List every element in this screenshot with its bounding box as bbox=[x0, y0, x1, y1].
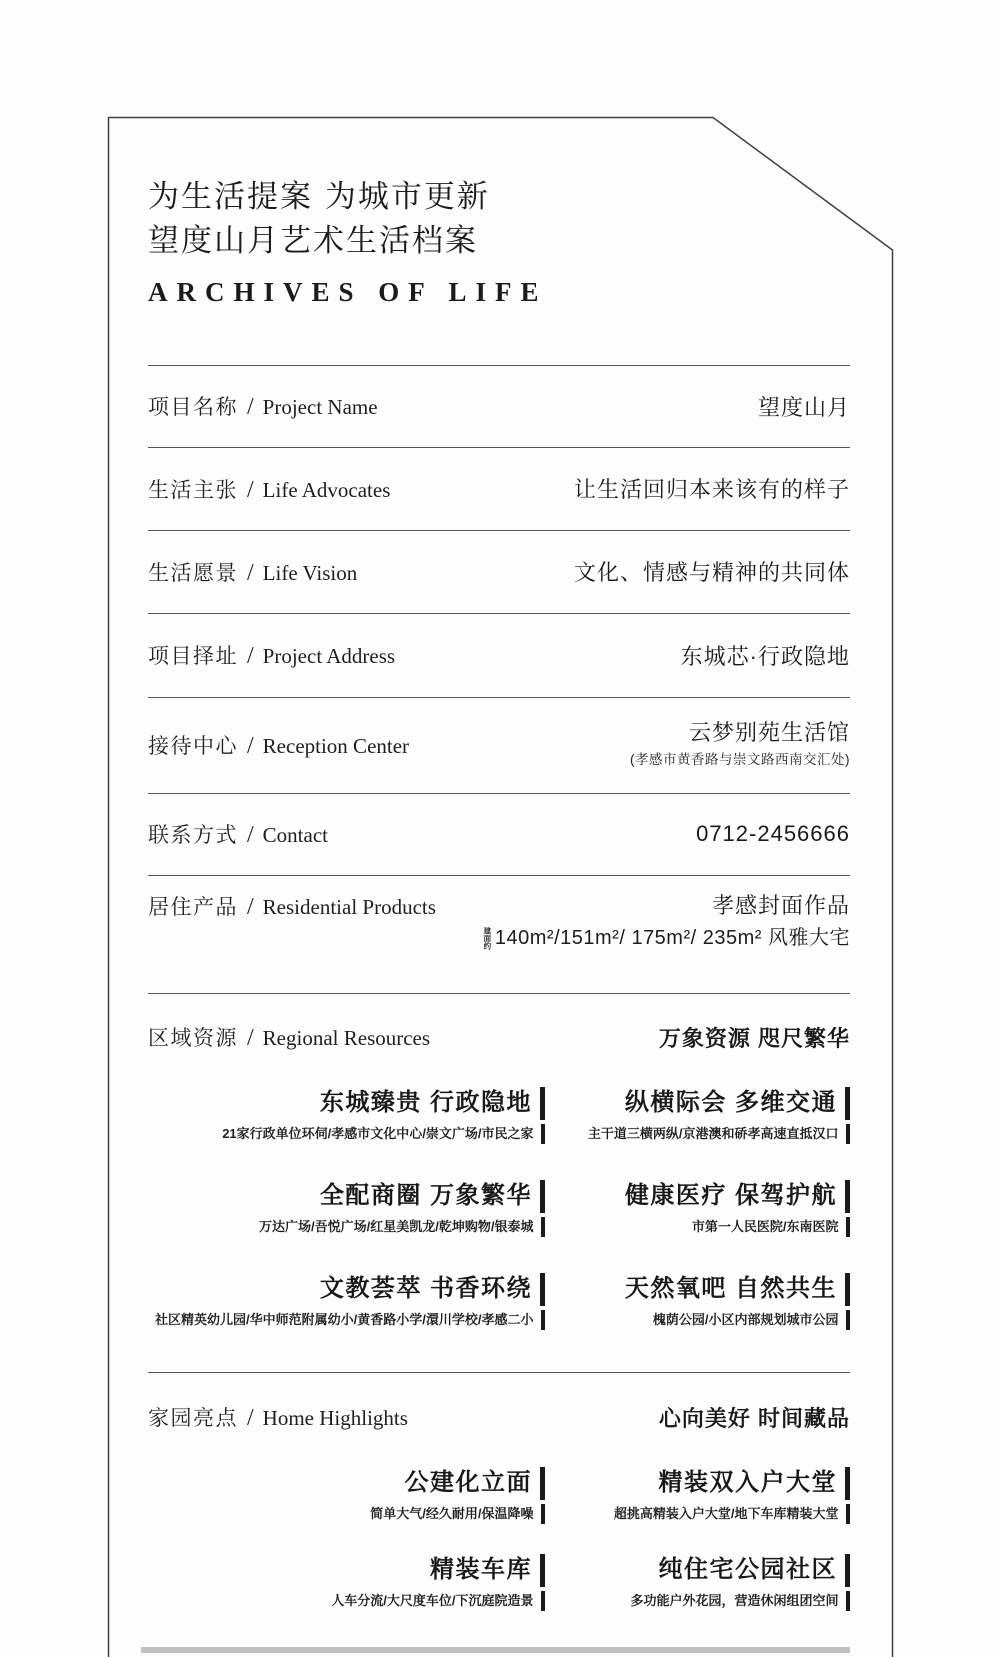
row-value: 云梦别苑生活馆 bbox=[630, 718, 850, 748]
row-label: 生活愿景 / Life Vision bbox=[148, 557, 357, 587]
label-en: Project Address bbox=[263, 644, 395, 669]
label-en: Home Highlights bbox=[263, 1406, 408, 1431]
row-contact: 联系方式 / Contact 0712-2456666 bbox=[148, 793, 850, 875]
resource-title: 天然氧吧 自然共生 bbox=[625, 1272, 837, 1306]
area-note-vertical: 建面约 bbox=[483, 927, 491, 950]
resource-title: 健康医疗 保驾护航 bbox=[625, 1179, 837, 1213]
title-english: ARCHIVES OF LIFE bbox=[148, 277, 548, 308]
label-separator: / bbox=[247, 894, 254, 921]
highlight-desc: 简单大气/经久耐用/保温降噪 bbox=[370, 1504, 533, 1524]
title-line-1: 为生活提案 为城市更新 bbox=[148, 175, 548, 219]
section-tagline: 万象资源 咫尺繁华 bbox=[659, 1022, 850, 1053]
label-separator: / bbox=[247, 733, 254, 760]
row-life-advocates: 生活主张 / Life Advocates 让生活回归本来该有的样子 bbox=[148, 447, 850, 530]
label-en: Residential Products bbox=[263, 895, 436, 920]
resource-item: 东城臻贵 行政隐地 21家行政单位环伺/孝感市文化中心/崇文广场/市民之家 bbox=[148, 1086, 545, 1154]
regional-resources-grid: 东城臻贵 行政隐地 21家行政单位环伺/孝感市文化中心/崇文广场/市民之家 纵横… bbox=[148, 1086, 850, 1340]
row-life-vision: 生活愿景 / Life Vision 文化、情感与精神的共同体 bbox=[148, 530, 850, 613]
row-project-name: 项目名称 / Project Name 望度山月 bbox=[148, 365, 850, 447]
resource-desc: 市第一人民医院/东南医院 bbox=[692, 1217, 839, 1237]
label-en: Regional Resources bbox=[263, 1026, 430, 1051]
label-cn: 家园亮点 bbox=[148, 1402, 238, 1432]
accent-bar bbox=[845, 1180, 850, 1213]
row-label: 家园亮点 / Home Highlights bbox=[148, 1402, 408, 1432]
row-value: 孝感封面作品 bbox=[483, 891, 850, 921]
poster-page: 为生活提案 为城市更新 望度山月艺术生活档案 ARCHIVES OF LIFE … bbox=[0, 0, 1001, 1657]
label-en: Reception Center bbox=[263, 734, 409, 759]
accent-bar bbox=[845, 1087, 850, 1120]
resource-desc: 社区精英幼儿园/华中师范附属幼小/黄香路小学/澴川学校/孝感二小 bbox=[155, 1310, 533, 1330]
label-cn: 接待中心 bbox=[148, 730, 238, 760]
resource-item: 纵横际会 多维交通 主干道三横两纵/京港澳和硚孝高速直抵汉口 bbox=[545, 1086, 850, 1154]
highlight-title: 公建化立面 bbox=[405, 1466, 533, 1500]
title-block: 为生活提案 为城市更新 望度山月艺术生活档案 ARCHIVES OF LIFE bbox=[148, 175, 548, 308]
row-value: 文化、情感与精神的共同体 bbox=[574, 556, 850, 587]
row-value: 东城芯·行政隐地 bbox=[681, 640, 850, 671]
area-line: 建面约 140m²/151m²/ 175m²/ 235m² 风雅大宅 bbox=[483, 921, 850, 955]
resource-title: 全配商圈 万象繁华 bbox=[320, 1179, 532, 1213]
resource-item: 健康医疗 保驾护航 市第一人民医院/东南医院 bbox=[545, 1179, 850, 1247]
row-label: 接待中心 / Reception Center bbox=[148, 730, 409, 760]
highlight-item: 纯住宅公园社区 多功能户外花园，营造休闲组团空间 bbox=[545, 1553, 850, 1621]
highlight-item: 公建化立面 简单大气/经久耐用/保温降噪 bbox=[148, 1466, 545, 1534]
label-cn: 生活主张 bbox=[148, 474, 238, 504]
row-value-stack: 云梦别苑生活馆 (孝感市黄香路与崇文路西南交汇处) bbox=[630, 718, 850, 772]
accent-bar bbox=[846, 1217, 851, 1237]
highlight-title: 精装车库 bbox=[430, 1553, 532, 1587]
highlight-desc: 人车分流/大尺度车位/下沉庭院造景 bbox=[331, 1591, 533, 1611]
label-separator: / bbox=[247, 477, 254, 504]
row-value: 让生活回归本来该有的样子 bbox=[574, 473, 850, 504]
label-separator: / bbox=[247, 822, 254, 849]
highlight-desc: 超挑高精装入户大堂/地下车库精装大堂 bbox=[614, 1504, 839, 1524]
label-cn: 生活愿景 bbox=[148, 557, 238, 587]
section-regional-resources-header: 区域资源 / Regional Resources 万象资源 咫尺繁华 bbox=[148, 993, 850, 1081]
row-label: 居住产品 / Residential Products bbox=[148, 891, 436, 921]
label-en: Life Advocates bbox=[263, 478, 391, 503]
label-cn: 区域资源 bbox=[148, 1022, 238, 1052]
area-sizes: 140m²/151m²/ 175m²/ 235m² 风雅大宅 bbox=[495, 921, 850, 955]
resource-item: 全配商圈 万象繁华 万达广场/吾悦广场/红星美凯龙/乾坤购物/银泰城 bbox=[148, 1179, 545, 1247]
label-cn: 居住产品 bbox=[148, 891, 238, 921]
resource-title: 文教荟萃 书香环绕 bbox=[320, 1272, 532, 1306]
label-cn: 项目名称 bbox=[148, 391, 238, 421]
resource-item: 文教荟萃 书香环绕 社区精英幼儿园/华中师范附属幼小/黄香路小学/澴川学校/孝感… bbox=[148, 1272, 545, 1340]
row-value: 望度山月 bbox=[758, 391, 850, 422]
title-line-2: 望度山月艺术生活档案 bbox=[148, 219, 548, 263]
accent-bar bbox=[846, 1591, 851, 1611]
label-en: Contact bbox=[263, 823, 328, 848]
highlight-item: 精装车库 人车分流/大尺度车位/下沉庭院造景 bbox=[148, 1553, 545, 1621]
accent-bar bbox=[845, 1467, 850, 1500]
resource-desc: 万达广场/吾悦广场/红星美凯龙/乾坤购物/银泰城 bbox=[259, 1217, 533, 1237]
highlight-title: 精装双入户大堂 bbox=[659, 1466, 838, 1500]
row-residential-products: 居住产品 / Residential Products 孝感封面作品 建面约 1… bbox=[148, 875, 850, 993]
label-cn: 联系方式 bbox=[148, 819, 238, 849]
row-label: 项目择址 / Project Address bbox=[148, 640, 395, 670]
resource-desc: 主干道三横两纵/京港澳和硚孝高速直抵汉口 bbox=[588, 1124, 839, 1144]
label-separator: / bbox=[247, 560, 254, 587]
resource-desc: 槐荫公园/小区内部规划城市公园 bbox=[653, 1310, 839, 1330]
accent-bar bbox=[846, 1310, 851, 1330]
highlight-item: 精装双入户大堂 超挑高精装入户大堂/地下车库精装大堂 bbox=[545, 1466, 850, 1534]
label-en: Life Vision bbox=[263, 561, 358, 586]
highlight-title: 纯住宅公园社区 bbox=[659, 1553, 838, 1587]
row-project-address: 项目择址 / Project Address 东城芯·行政隐地 bbox=[148, 613, 850, 697]
section-tagline: 心向美好 时间藏品 bbox=[659, 1402, 850, 1433]
resource-title: 东城臻贵 行政隐地 bbox=[320, 1086, 532, 1120]
row-label: 生活主张 / Life Advocates bbox=[148, 474, 390, 504]
row-reception-center: 接待中心 / Reception Center 云梦别苑生活馆 (孝感市黄香路与… bbox=[148, 697, 850, 793]
accent-bar bbox=[845, 1554, 850, 1587]
row-label: 区域资源 / Regional Resources bbox=[148, 1022, 430, 1052]
row-label: 项目名称 / Project Name bbox=[148, 391, 378, 421]
highlight-desc: 多功能户外花园，营造休闲组团空间 bbox=[630, 1591, 838, 1611]
accent-bar bbox=[846, 1124, 851, 1144]
bottom-divider bbox=[141, 1647, 850, 1653]
phone-number: 0712-2456666 bbox=[696, 821, 850, 847]
accent-bar bbox=[845, 1273, 850, 1306]
label-cn: 项目择址 bbox=[148, 640, 238, 670]
resource-title: 纵横际会 多维交通 bbox=[625, 1086, 837, 1120]
home-highlights-grid: 公建化立面 简单大气/经久耐用/保温降噪 精装双入户大堂 超挑高精装入户大堂/地… bbox=[148, 1466, 850, 1621]
accent-bar bbox=[846, 1504, 851, 1524]
label-separator: / bbox=[247, 1405, 254, 1432]
label-separator: / bbox=[247, 394, 254, 421]
resource-desc: 21家行政单位环伺/孝感市文化中心/崇文广场/市民之家 bbox=[222, 1124, 533, 1144]
label-separator: / bbox=[247, 1025, 254, 1052]
resource-item: 天然氧吧 自然共生 槐荫公园/小区内部规划城市公园 bbox=[545, 1272, 850, 1340]
label-separator: / bbox=[247, 643, 254, 670]
label-en: Project Name bbox=[263, 395, 378, 420]
row-subvalue: (孝感市黄香路与崇文路西南交汇处) bbox=[630, 748, 850, 772]
row-label: 联系方式 / Contact bbox=[148, 819, 328, 849]
section-home-highlights-header: 家园亮点 / Home Highlights 心向美好 时间藏品 bbox=[148, 1372, 850, 1462]
row-value-stack: 孝感封面作品 建面约 140m²/151m²/ 175m²/ 235m² 风雅大… bbox=[483, 891, 850, 955]
